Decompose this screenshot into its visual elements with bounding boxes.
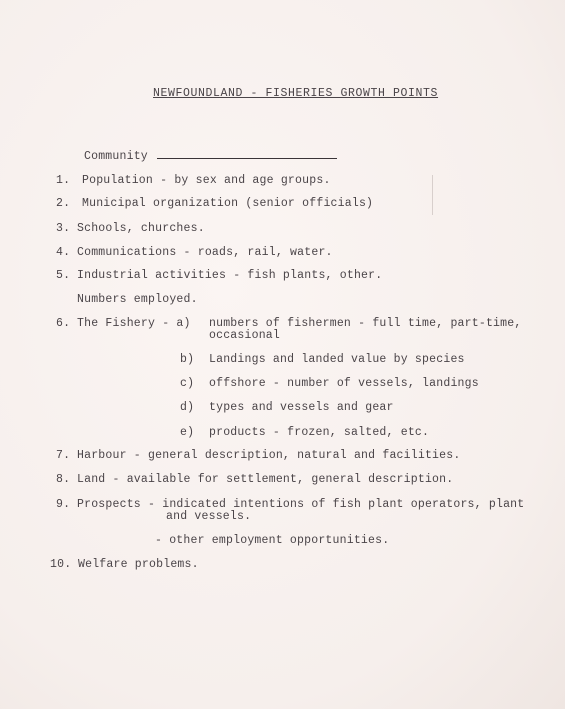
item-number-6: 6. <box>56 317 70 330</box>
fishery-sub-d: types and vessels and gear <box>209 401 394 414</box>
item-number-7: 7. <box>56 449 70 462</box>
item-prospects-other: - other employment opportunities. <box>155 534 389 547</box>
item-fishery: The Fishery - a) <box>77 317 191 330</box>
item-land: Land - available for settlement, general… <box>77 473 453 486</box>
item-numbers-employed: Numbers employed. <box>77 293 198 306</box>
item-schools: Schools, churches. <box>77 222 205 235</box>
item-number-9: 9. <box>56 498 70 511</box>
item-prospects: Prospects - indicated intentions of fish… <box>77 498 524 511</box>
item-number-3: 3. <box>56 222 70 235</box>
item-communications: Communications - roads, rail, water. <box>77 246 333 259</box>
item-number-5: 5. <box>56 269 70 282</box>
fishery-sub-e-label: e) <box>180 426 194 439</box>
item-number-1: 1. <box>56 174 70 187</box>
fishery-sub-c-label: c) <box>180 377 194 390</box>
item-number-10: 10. <box>50 558 71 571</box>
item-number-2: 2. <box>56 197 70 210</box>
item-welfare: Welfare problems. <box>78 558 199 571</box>
paper-fold-mark <box>432 175 433 215</box>
community-blank-field <box>157 158 337 159</box>
fishery-sub-c: offshore - number of vessels, landings <box>209 377 479 390</box>
document-title: NEWFOUNDLAND - FISHERIES GROWTH POINTS <box>153 87 438 100</box>
community-label: Community <box>84 150 148 163</box>
fishery-sub-e: products - frozen, salted, etc. <box>209 426 429 439</box>
item-prospects-cont: and vessels. <box>166 510 251 523</box>
fishery-sub-a-cont: occasional <box>209 329 280 342</box>
item-population: Population - by sex and age groups. <box>82 174 331 187</box>
item-number-4: 4. <box>56 246 70 259</box>
item-municipal: Municipal organization (senior officials… <box>82 197 373 210</box>
document-page: NEWFOUNDLAND - FISHERIES GROWTH POINTS C… <box>0 0 565 709</box>
fishery-sub-b-label: b) <box>180 353 194 366</box>
item-number-8: 8. <box>56 473 70 486</box>
fishery-sub-b: Landings and landed value by species <box>209 353 465 366</box>
item-industrial: Industrial activities - fish plants, oth… <box>77 269 382 282</box>
item-harbour: Harbour - general description, natural a… <box>77 449 460 462</box>
fishery-sub-d-label: d) <box>180 401 194 414</box>
